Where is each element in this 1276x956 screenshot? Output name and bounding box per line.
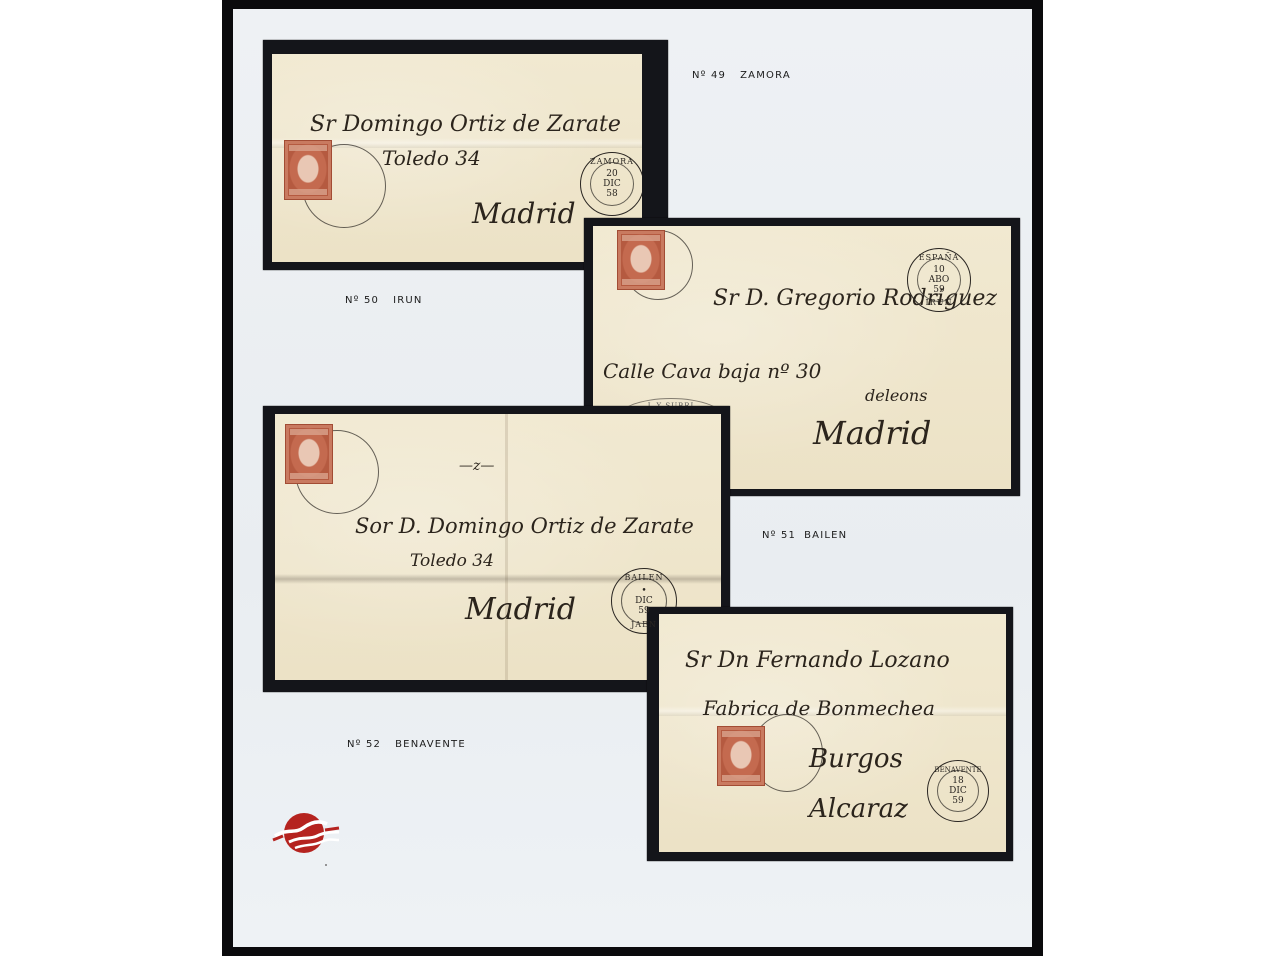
- auction-house-logo-icon: [269, 810, 341, 856]
- entry-label-52: Nº 52BENAVENTE: [347, 739, 466, 750]
- stamp[interactable]: [284, 140, 332, 200]
- number-sign: Nº: [345, 295, 360, 306]
- entry-label-51: Nº 51BAILEN: [762, 530, 847, 541]
- address-line: Sr Domingo Ortiz de Zarate: [310, 112, 621, 137]
- address-line: Madrid: [813, 414, 931, 452]
- address-line: Toledo 34: [382, 146, 481, 170]
- address-line: deleons: [865, 386, 927, 405]
- entry-town: IRUN: [393, 295, 423, 306]
- number-sign: Nº: [692, 70, 707, 81]
- entry-town: BENAVENTE: [395, 739, 466, 750]
- entry-number: 52: [366, 739, 381, 750]
- stamp[interactable]: [617, 230, 665, 290]
- postmark-zamora: ZAMORA 20 DIC 58: [580, 152, 642, 216]
- address-line: Alcaraz: [809, 794, 908, 824]
- address-line: Toledo 34: [410, 551, 494, 571]
- entry-town: BAILEN: [804, 530, 847, 541]
- speck: [325, 864, 327, 866]
- postmark-bailen: BAILEN • DIC 59 JAEN: [611, 568, 677, 634]
- stamp[interactable]: [717, 726, 765, 786]
- address-line: Calle Cava baja nº 30: [603, 359, 821, 383]
- address-line: Sor D. Domingo Ortiz de Zarate: [355, 514, 694, 538]
- postmark-irun: ESPAÑA 10 ABO 59 IRUN: [907, 248, 971, 312]
- stamp[interactable]: [285, 424, 333, 484]
- address-line: Fabrica de Bonmechea: [703, 696, 935, 720]
- number-sign: Nº: [347, 739, 362, 750]
- address-line: Madrid: [465, 592, 576, 627]
- fold-line: [505, 414, 508, 680]
- postmark-benavente: BENAVENTE 18 DIC 59: [927, 760, 989, 822]
- address-line: Sr Dn Fernando Lozano: [685, 648, 950, 673]
- entry-number: 49: [711, 70, 726, 81]
- entry-number: 51: [781, 530, 796, 541]
- number-sign: Nº: [762, 530, 777, 541]
- entry-label-49: Nº 49ZAMORA: [692, 70, 791, 81]
- address-line: Burgos: [809, 744, 903, 774]
- entry-label-50: Nº 50IRUN: [345, 295, 423, 306]
- entry-town: ZAMORA: [740, 70, 791, 81]
- cover-benavente[interactable]: Sr Dn Fernando Lozano Fabrica de Bonmech…: [659, 614, 1006, 852]
- entry-number: 50: [364, 295, 379, 306]
- annotation-mark: —z—: [459, 458, 494, 474]
- address-line: Madrid: [472, 197, 576, 230]
